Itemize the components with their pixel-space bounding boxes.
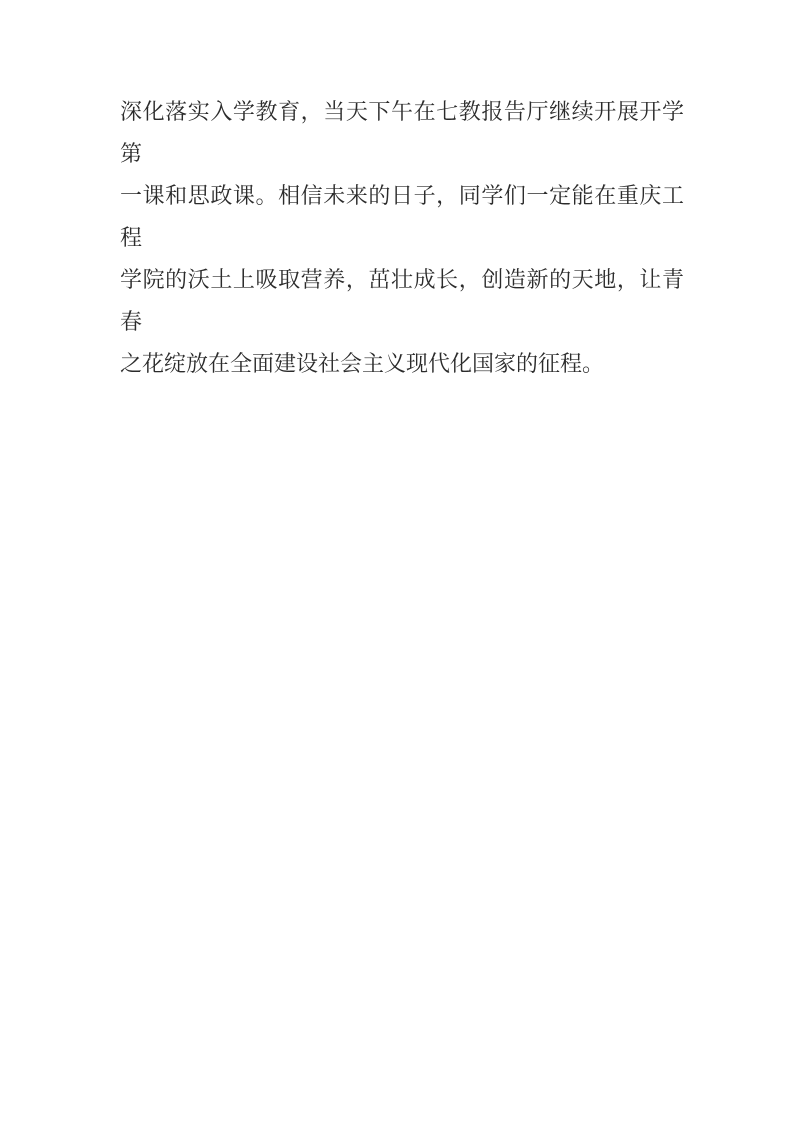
document-page: 深化落实入学教育，当天下午在七教报告厅继续开展开学第 一课和思政课。相信未来的日… (0, 0, 794, 1122)
body-paragraph: 深化落实入学教育，当天下午在七教报告厅继续开展开学第 一课和思政课。相信未来的日… (120, 92, 684, 386)
paragraph-line-3: 学院的沃土上吸取营养，茁壮成长，创造新的天地，让青春 (120, 260, 684, 344)
paragraph-line-4: 之花绽放在全面建设社会主义现代化国家的征程。 (120, 344, 684, 386)
paragraph-line-2: 一课和思政课。相信未来的日子，同学们一定能在重庆工程 (120, 176, 684, 260)
paragraph-line-1: 深化落实入学教育，当天下午在七教报告厅继续开展开学第 (120, 92, 684, 176)
